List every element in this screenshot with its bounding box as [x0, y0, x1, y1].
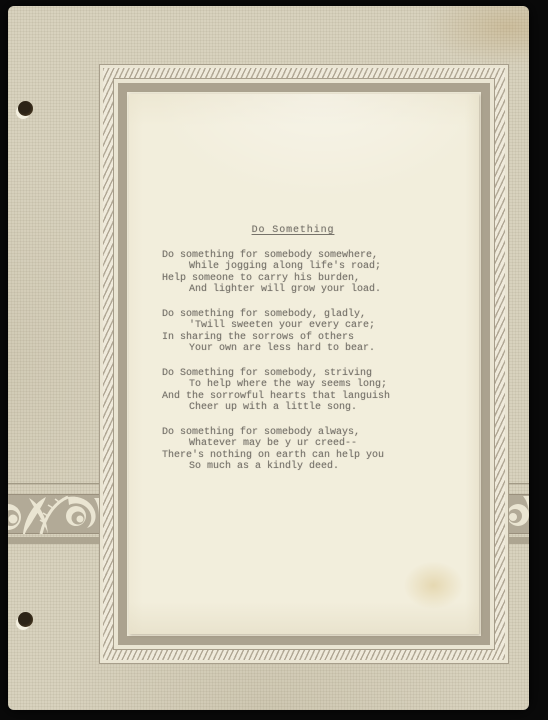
poem-line: 'Twill sweeten your every care;: [162, 320, 424, 332]
poem-line: And lighter will grow your load.: [162, 284, 424, 296]
punch-hole-opening: [18, 101, 33, 116]
poem-paper: Do Something Do something for somebody s…: [129, 94, 479, 634]
scroll-pattern-icon: [8, 477, 99, 545]
frame-gray-band: Do Something Do something for somebody s…: [118, 83, 490, 645]
ornament-band-left: [8, 477, 99, 545]
poem-stanza-2: Do something for somebody, gladly, 'Twil…: [162, 309, 424, 355]
poem-title: Do Something: [162, 225, 424, 237]
poem-line: Cheer up with a little song.: [162, 402, 424, 414]
poem-line: Whatever may be y ur creed--: [162, 438, 424, 450]
poem-line: So much as a kindly deed.: [162, 461, 424, 473]
album-page: Do Something Do something for somebody s…: [8, 6, 529, 710]
poem-stanza-4: Do something for somebody always, Whatev…: [162, 427, 424, 473]
ornament-band-right: [509, 477, 529, 545]
punch-hole-top: [16, 101, 35, 120]
rope-twist-border: Do Something Do something for somebody s…: [103, 68, 505, 660]
poem-line: Do Something for somebody, striving: [162, 368, 424, 380]
poem-stanza-3: Do Something for somebody, striving To h…: [162, 368, 424, 414]
poem-line: To help where the way seems long;: [162, 379, 424, 391]
punch-hole-opening: [18, 612, 33, 627]
scroll-pattern-icon: [509, 477, 529, 545]
poem-line: Your own are less hard to bear.: [162, 343, 424, 355]
poem-line: In sharing the sorrows of others: [162, 332, 424, 344]
poem-line: Do something for somebody, gladly,: [162, 309, 424, 321]
punch-hole-bottom: [16, 612, 35, 631]
frame-inner-line: Do Something Do something for somebody s…: [113, 78, 495, 650]
poem-line: Do something for somebody always,: [162, 427, 424, 439]
poem-line: There's nothing on earth can help you: [162, 450, 424, 462]
poem-line: Do something for somebody somewhere,: [162, 250, 424, 262]
rope-border-frame: Do Something Do something for somebody s…: [99, 64, 509, 664]
poem-line: While jogging along life's road;: [162, 261, 424, 273]
poem-line: And the sorrowful hearts that languish: [162, 391, 424, 403]
poem: Do Something Do something for somebody s…: [162, 225, 424, 486]
poem-line: Help someone to carry his burden,: [162, 273, 424, 285]
poem-stanza-1: Do something for somebody somewhere, Whi…: [162, 250, 424, 296]
photo-background: Do Something Do something for somebody s…: [0, 0, 548, 720]
